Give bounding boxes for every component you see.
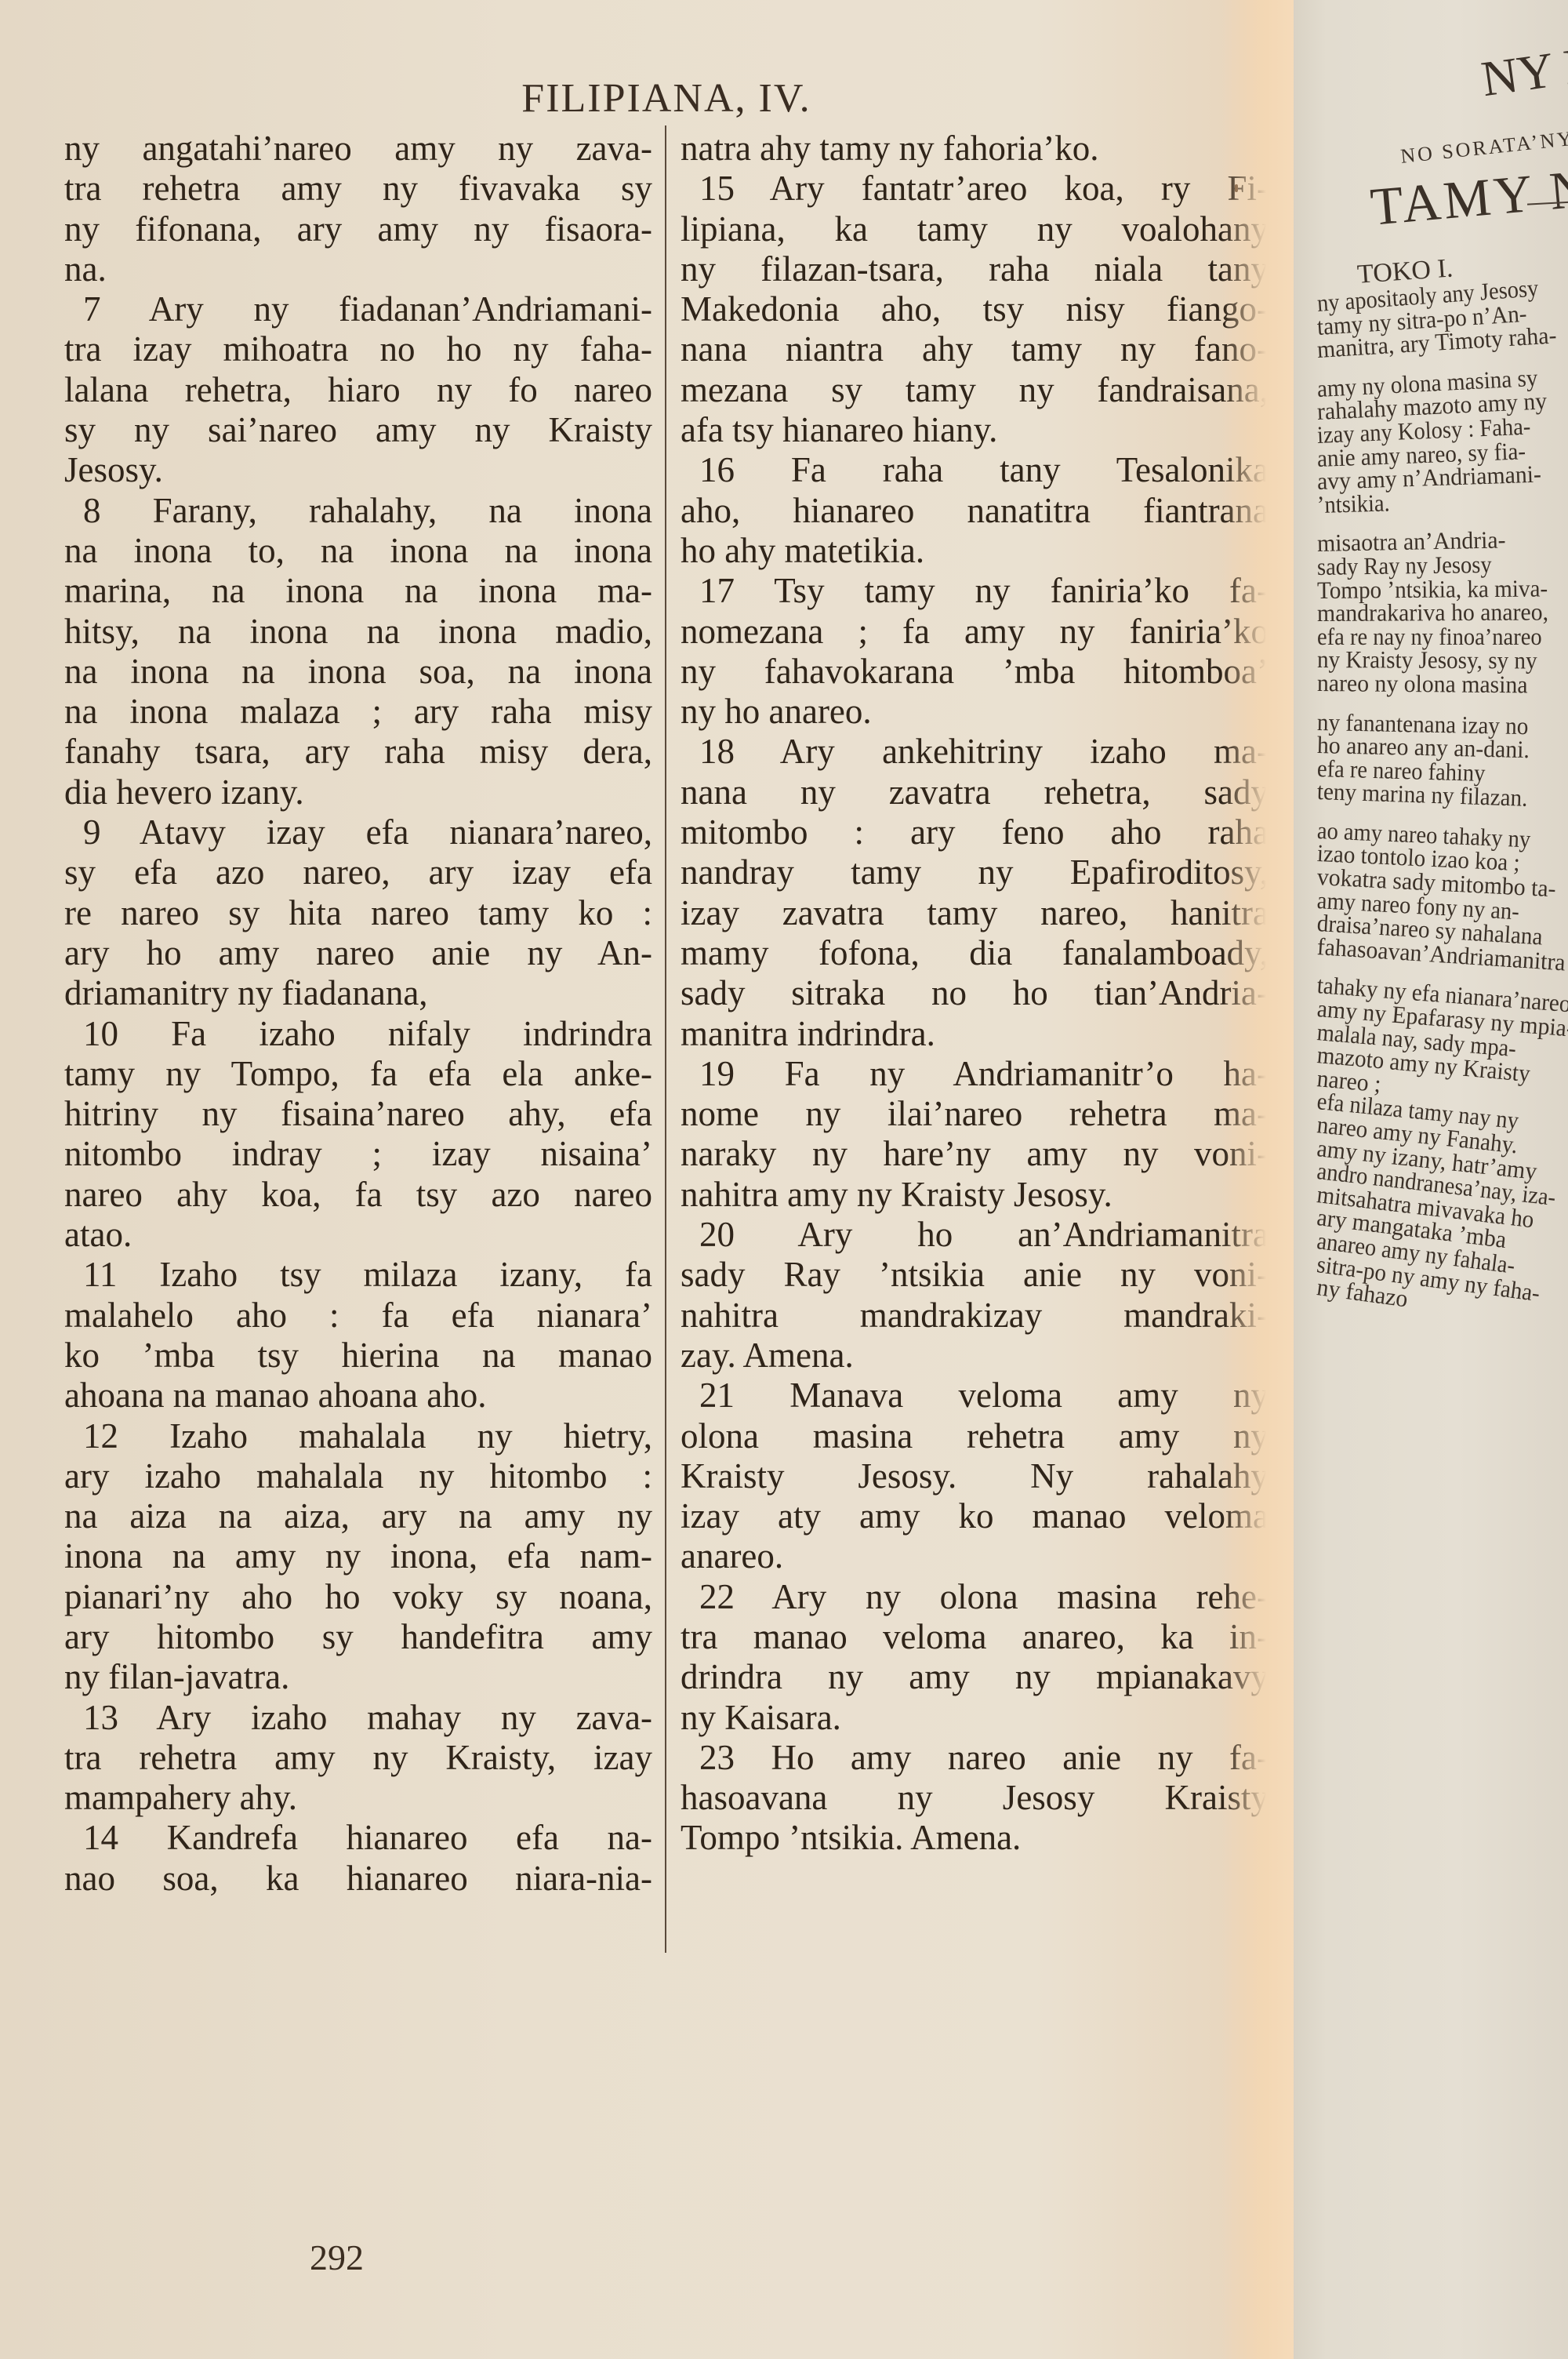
text-line: marina, na inona na inona ma- xyxy=(64,571,652,611)
text-line: hitriny ny fisaina’nareo ahy, efa xyxy=(64,1094,652,1134)
verse-start-line: 17 Tsy tamy ny faniria’ko fa- xyxy=(681,571,1269,611)
book-gutter xyxy=(1223,0,1301,2359)
text-line: Makedonia aho, tsy nisy fiango- xyxy=(681,289,1269,329)
text-line: sy efa azo nareo, ary izay efa xyxy=(64,852,652,892)
text-line: ny ho anareo. xyxy=(681,692,1269,732)
right-page-heading-recipient: TAMY NY K xyxy=(1368,149,1568,238)
text-line: pianari’ny aho ho voky sy noana, xyxy=(64,1577,652,1617)
text-line: efa re nay ny finoa’nareo xyxy=(1317,625,1548,649)
left-text-column: ny angatahi’nareo amy ny zava-tra rehetr… xyxy=(64,129,652,1899)
text-line: nitombo indray ; izay nisaina’ xyxy=(64,1134,652,1174)
text-line: ko ’mba tsy hierina na manao xyxy=(64,1336,652,1376)
text-line: re nareo sy hita nareo tamy ko : xyxy=(64,893,652,933)
text-line: driamanitry ny fiadanana, xyxy=(64,973,652,1013)
text-line: nomezana ; fa amy ny faniria’ko xyxy=(681,612,1269,652)
text-line: mitombo : ary feno aho raha xyxy=(681,812,1269,852)
text-line: nome ny ilai’nareo rehetra ma- xyxy=(681,1094,1269,1134)
verse-start-line: 14 Kandrefa hianareo efa na- xyxy=(64,1818,652,1858)
right-page-heading-title: NY EPI xyxy=(1478,29,1568,108)
text-line: ny Kaisara. xyxy=(681,1698,1269,1738)
verse-start-line: 19 Fa ny Andriamanitr’o ha- xyxy=(681,1054,1269,1094)
text-line: anareo. xyxy=(681,1536,1269,1576)
text-line: malahelo aho : fa efa nianara’ xyxy=(64,1296,652,1336)
text-line: tamy ny Tompo, fa efa ela anke- xyxy=(64,1054,652,1094)
text-line: atao. xyxy=(64,1215,652,1255)
verse-start-line: 16 Fa raha tany Tesalonika xyxy=(681,450,1269,490)
text-line: na. xyxy=(64,249,652,289)
text-line: mandrakariva ho anareo, xyxy=(1317,601,1558,625)
verse-start-line: 10 Fa izaho nifaly indrindra xyxy=(64,1014,652,1054)
verse-start-line: 12 Izaho mahalala ny hietry, xyxy=(64,1416,652,1456)
text-line: inona na amy ny inona, efa nam- xyxy=(64,1536,652,1576)
text-line: nahitra mandrakizay mandraki- xyxy=(681,1296,1269,1336)
page-number: 292 xyxy=(310,2237,364,2278)
text-line: ho ahy matetikia. xyxy=(681,531,1269,571)
text-line: naraky ny hare’ny amy ny voni- xyxy=(681,1134,1269,1174)
text-line: zay. Amena. xyxy=(681,1336,1269,1376)
text-line: sady Ray ’ntsikia anie ny voni- xyxy=(681,1255,1269,1295)
left-page: FILIPIANA, IV. ny angatahi’nareo amy ny … xyxy=(0,0,1294,2359)
text-line: na inona malaza ; ary raha misy xyxy=(64,692,652,732)
text-line: dia hevero izany. xyxy=(64,772,652,812)
text-line: na inona na inona soa, na inona xyxy=(64,652,652,692)
text-line: ary hitombo sy handefitra amy xyxy=(64,1617,652,1657)
text-line: izay aty amy ko manao veloma xyxy=(681,1496,1269,1536)
text-line: tra rehetra amy ny Kraisty, izay xyxy=(64,1738,652,1778)
verse-start-line: 7 Ary ny fiadanan’Andriamani- xyxy=(64,289,652,329)
text-line: Kraisty Jesosy. Ny rahalahy xyxy=(681,1456,1269,1496)
text-line: nareo ahy koa, fa tsy azo nareo xyxy=(64,1175,652,1215)
text-line: mamy fofona, dia fanalamboady, xyxy=(681,933,1269,973)
running-head: FILIPIANA, IV. xyxy=(0,75,1333,122)
text-line: ary izaho mahalala ny hitombo : xyxy=(64,1456,652,1496)
text-line: afa tsy hianareo hiany. xyxy=(681,410,1269,450)
text-line: na aiza na aiza, ary na amy ny xyxy=(64,1496,652,1536)
text-line: ahoana na manao ahoana aho. xyxy=(64,1376,652,1416)
text-line: izay zavatra tamy nareo, hanitra xyxy=(681,893,1269,933)
text-line: ny angatahi’nareo amy ny zava- xyxy=(64,129,652,169)
text-line: Jesosy. xyxy=(64,450,652,490)
text-line: nana ny zavatra rehetra, sady xyxy=(681,772,1269,812)
text-line: tra izay mihoatra no ho ny faha- xyxy=(64,329,652,369)
verse-start-line: 8 Farany, rahalahy, na inona xyxy=(64,491,652,531)
text-line: ny fifonana, ary amy ny fisaora- xyxy=(64,209,652,249)
text-line: aho, hianareo nanatitra fiantrana xyxy=(681,491,1269,531)
text-line: sy ny sai’nareo amy ny Kraisty xyxy=(64,410,652,450)
verse-start-line: 11 Izaho tsy milaza izany, fa xyxy=(64,1255,652,1295)
text-line: tra manao veloma anareo, ka in- xyxy=(681,1617,1269,1657)
text-line: mampahery ahy. xyxy=(64,1778,652,1818)
text-line: mezana sy tamy ny fandraisana, xyxy=(681,370,1269,410)
verse-start-line: 23 Ho amy nareo anie ny fa- xyxy=(681,1738,1269,1778)
verse-start-line: 15 Ary fantatr’areo koa, ry Fi- xyxy=(681,169,1269,209)
text-line: nareo ny olona masina xyxy=(1317,671,1558,696)
right-page-partial: NY EPI NO SORATA’NY PA TAMY NY K TOKO I.… xyxy=(1294,0,1568,2359)
text-line: drindra ny amy ny mpianakavy xyxy=(681,1657,1269,1697)
text-line: na inona to, na inona na inona xyxy=(64,531,652,571)
text-line: nahitra amy ny Kraisty Jesosy. xyxy=(681,1175,1269,1215)
text-line: nana niantra ahy tamy ny fano- xyxy=(681,329,1269,369)
text-line: ny filan-javatra. xyxy=(64,1657,652,1697)
text-line: manitra indrindra. xyxy=(681,1014,1269,1054)
text-line: fanahy tsara, ary raha misy dera, xyxy=(64,732,652,772)
verse-start-line: 22 Ary ny olona masina rehe- xyxy=(681,1577,1269,1617)
right-text-column: natra ahy tamy ny fahoria’ko.15 Ary fant… xyxy=(681,129,1269,1859)
text-line: tra rehetra amy ny fivavaka sy xyxy=(64,169,652,209)
text-line: ny filazan-tsara, raha niala tany xyxy=(681,249,1269,289)
verse-start-line: 20 Ary ho an’Andriamanitra xyxy=(681,1215,1269,1255)
text-line: nao soa, ka hianareo niara-nia- xyxy=(64,1859,652,1899)
right-page-text-column: ny apositaoly any Jesosytamy ny sitra-po… xyxy=(1317,292,1568,1299)
text-line: lipiana, ka tamy ny voalohany xyxy=(681,209,1269,249)
text-line: ny fahavokarana ’mba hitomboa’ xyxy=(681,652,1269,692)
text-line: sady sitraka no ho tian’Andria- xyxy=(681,973,1269,1013)
text-line: Tompo ’ntsikia. Amena. xyxy=(681,1818,1269,1858)
verse-start-line: 18 Ary ankehitriny izaho ma- xyxy=(681,732,1269,772)
verse-start-line: 13 Ary izaho mahay ny zava- xyxy=(64,1698,652,1738)
text-line: hasoavana ny Jesosy Kraisty xyxy=(681,1778,1269,1818)
verse-start-line: 21 Manava veloma amy ny xyxy=(681,1376,1269,1416)
text-line: hitsy, na inona na inona madio, xyxy=(64,612,652,652)
text-line: olona masina rehetra amy ny xyxy=(681,1416,1269,1456)
text-line: nandray tamy ny Epafiroditosy, xyxy=(681,852,1269,892)
text-line: lalana rehetra, hiaro ny fo nareo xyxy=(64,370,652,410)
text-line: ’ntsikia. xyxy=(1317,487,1548,517)
column-divider xyxy=(665,125,666,1953)
text-line: natra ahy tamy ny fahoria’ko. xyxy=(681,129,1269,169)
text-line: ary ho amy nareo anie ny An- xyxy=(64,933,652,973)
verse-start-line: 9 Atavy izay efa nianara’nareo, xyxy=(64,812,652,852)
